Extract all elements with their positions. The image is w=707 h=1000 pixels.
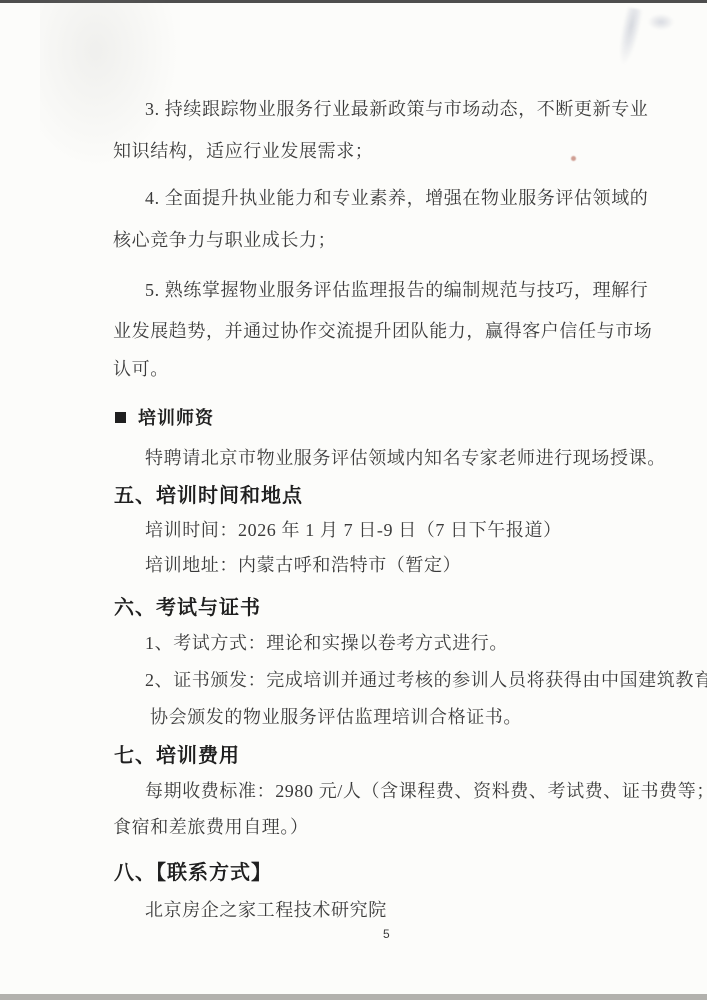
objective-4-line-2: 核心竞争力与职业成长力； [113,226,336,252]
page-number: 5 [383,927,390,941]
section-7-heading: 七、培训费用 [114,739,240,768]
faculty-heading-row: 培训师资 [115,404,214,430]
organization-name: 北京房企之家工程技术研究院 [145,896,387,922]
objective-3-line-1: 3. 持续跟踪物业服务行业最新政策与市场动态，不断更新专业 [145,95,648,121]
objective-5-line-3: 认可。 [113,355,169,381]
fee-line-2: 食宿和差旅费用自理。） [113,813,309,839]
ink-speck [571,156,576,161]
training-address: 培训地址：内蒙古呼和浩特市（暂定） [145,551,461,577]
faculty-heading: 培训师资 [138,404,214,430]
exam-method: 1、考试方式：理论和实操以卷考方式进行。 [145,629,508,655]
certificate-line-1: 2、证书颁发：完成培训并通过考核的参训人员将获得由中国建筑教育 [145,666,707,692]
section-8-heading: 八、【联系方式】 [114,856,272,885]
objective-5-line-1: 5. 熟练掌握物业服务评估监理报告的编制规范与技巧，理解行 [145,276,648,302]
scan-edge-bottom [0,994,707,1000]
ink-smudge [614,7,644,67]
objective-4-line-1: 4. 全面提升执业能力和专业素养，增强在物业服务评估领域的 [145,184,648,210]
faculty-body: 特聘请北京市物业服务评估领域内知名专家老师进行现场授课。 [145,444,666,470]
ink-smudge [648,14,674,30]
section-5-heading: 五、培训时间和地点 [114,479,303,508]
document-page: 3. 持续跟踪物业服务行业最新政策与市场动态，不断更新专业 知识结构，适应行业发… [0,0,707,1000]
objective-5-line-2: 业发展趋势，并通过协作交流提升团队能力，赢得客户信任与市场 [113,317,652,343]
training-time: 培训时间：2026 年 1 月 7 日-9 日（7 日下午报道） [145,516,562,542]
square-bullet-icon [115,412,126,423]
fee-line-1: 每期收费标准：2980 元/人（含课程费、资料费、考试费、证书费等； [145,777,707,803]
objective-3-line-2: 知识结构，适应行业发展需求； [113,137,373,163]
section-6-heading: 六、考试与证书 [114,591,261,620]
certificate-line-2: 协会颁发的物业服务评估监理培训合格证书。 [150,703,522,729]
